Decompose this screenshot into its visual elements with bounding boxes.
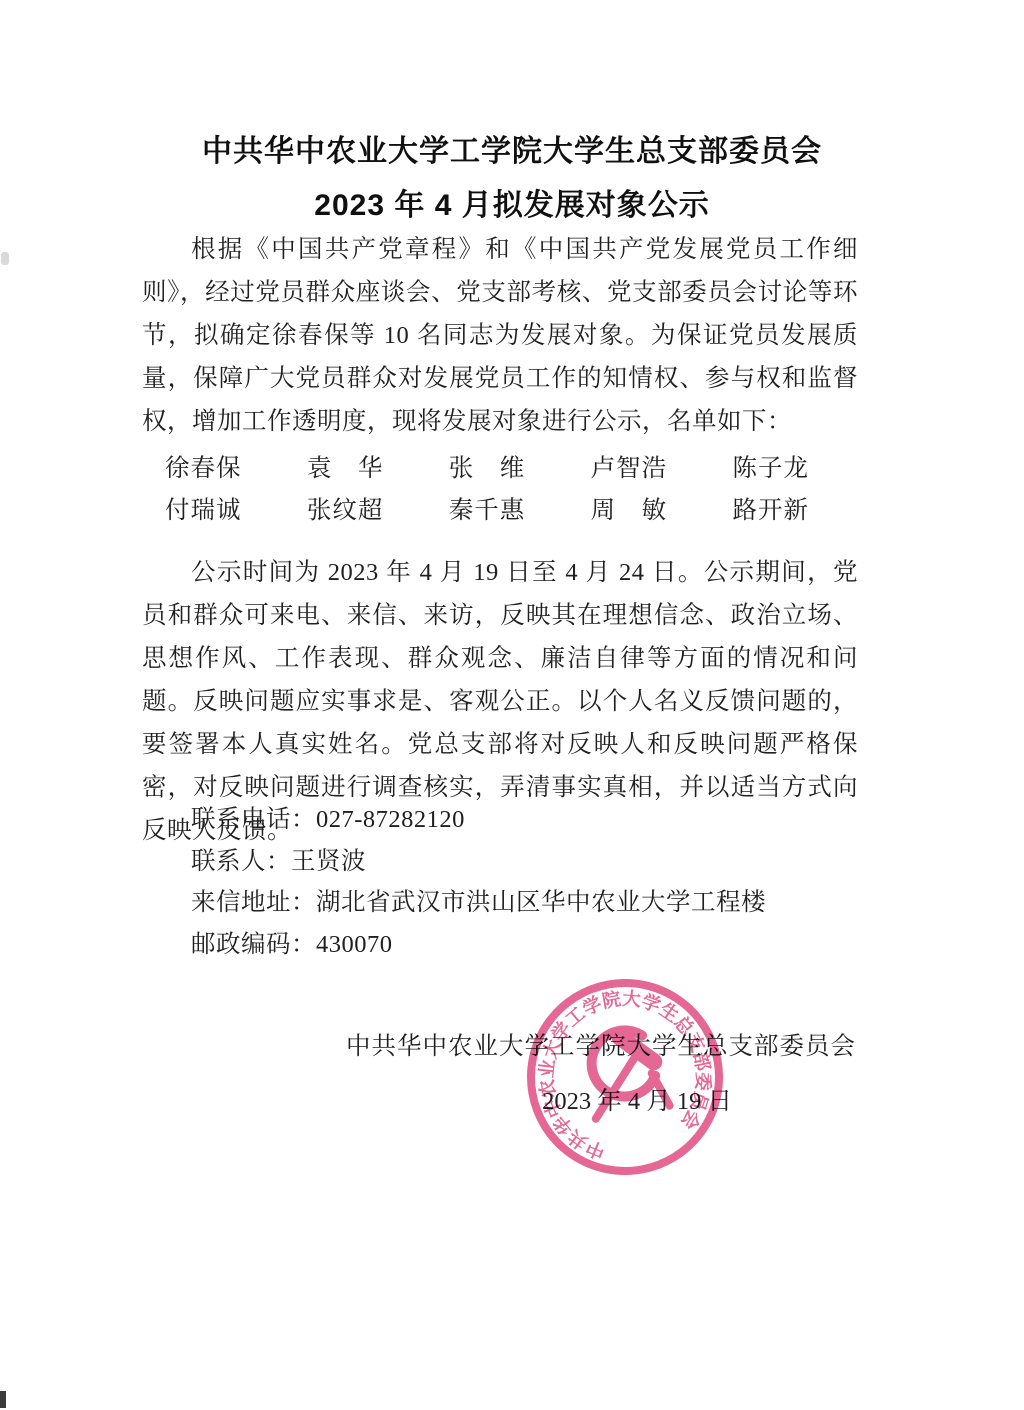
seal-ring-text: 中共华中农业大学工学院大学生总支部委员会 <box>522 974 727 1172</box>
official-seal: 中共华中农业大学工学院大学生总支部委员会 <box>507 959 743 1195</box>
contact-person-line: 联系人：王贤波 <box>142 841 858 883</box>
contact-postcode-line: 邮政编码：430070 <box>142 924 858 966</box>
contact-address-line: 来信地址：湖北省武汉市洪山区华中农业大学工程楼 <box>142 882 858 924</box>
candidate-name: 路开新 <box>733 491 810 526</box>
seal-text-path <box>542 994 708 1154</box>
candidate-name: 袁 华 <box>307 449 384 484</box>
signature-organization: 中共华中农业大学工学院大学生总支部委员会 <box>346 1027 856 1062</box>
candidate-name: 周 敏 <box>591 491 668 526</box>
candidate-name: 卢智浩 <box>591 449 668 484</box>
scanned-document-page: 中共华中农业大学工学院大学生总支部委员会 2023 年 4 月拟发展对象公示 根… <box>0 0 1024 1410</box>
intro-paragraph: 根据《中国共产党章程》和《中国共产党发展党员工作细则》，经过党员群众座谈会、党支… <box>142 228 858 443</box>
contact-phone-label: 联系电话： <box>191 806 316 833</box>
signature-date: 2023 年 4 月 19 日 <box>542 1082 732 1117</box>
candidate-name: 付瑞诚 <box>165 491 242 526</box>
contact-postcode-label: 邮政编码： <box>191 931 316 958</box>
candidate-names-row-1: 徐春保 袁 华 张 维 卢智浩 陈子龙 <box>165 449 809 484</box>
contact-block: 联系电话：027-87282120 联系人：王贤波 来信地址：湖北省武汉市洪山区… <box>142 799 858 965</box>
candidate-name: 徐春保 <box>165 449 242 484</box>
document-title-line1: 中共华中农业大学工学院大学生总支部委员会 <box>0 126 1024 170</box>
candidate-name: 张 维 <box>449 449 526 484</box>
candidate-name: 秦千惠 <box>449 491 526 526</box>
candidate-name: 陈子龙 <box>733 449 810 484</box>
contact-person-value: 王贤波 <box>291 848 366 875</box>
contact-address-label: 来信地址： <box>191 889 316 916</box>
scan-artifact-left-smudge <box>1 252 9 265</box>
contact-person-label: 联系人： <box>191 848 291 875</box>
scan-artifact-bottom-corner <box>0 1391 6 1408</box>
candidate-name: 张纹超 <box>307 491 384 526</box>
seal-outer-ring <box>516 968 734 1186</box>
contact-address-value: 湖北省武汉市洪山区华中农业大学工程楼 <box>316 889 766 916</box>
contact-phone-value: 027-87282120 <box>316 806 465 833</box>
candidate-names-row-2: 付瑞诚 张纹超 秦千惠 周 敏 路开新 <box>165 491 809 526</box>
contact-phone-line: 联系电话：027-87282120 <box>142 799 858 841</box>
document-title-line2: 2023 年 4 月拟发展对象公示 <box>0 180 1024 224</box>
official-seal-graphic: 中共华中农业大学工学院大学生总支部委员会 <box>507 959 743 1195</box>
contact-postcode-value: 430070 <box>316 931 393 958</box>
